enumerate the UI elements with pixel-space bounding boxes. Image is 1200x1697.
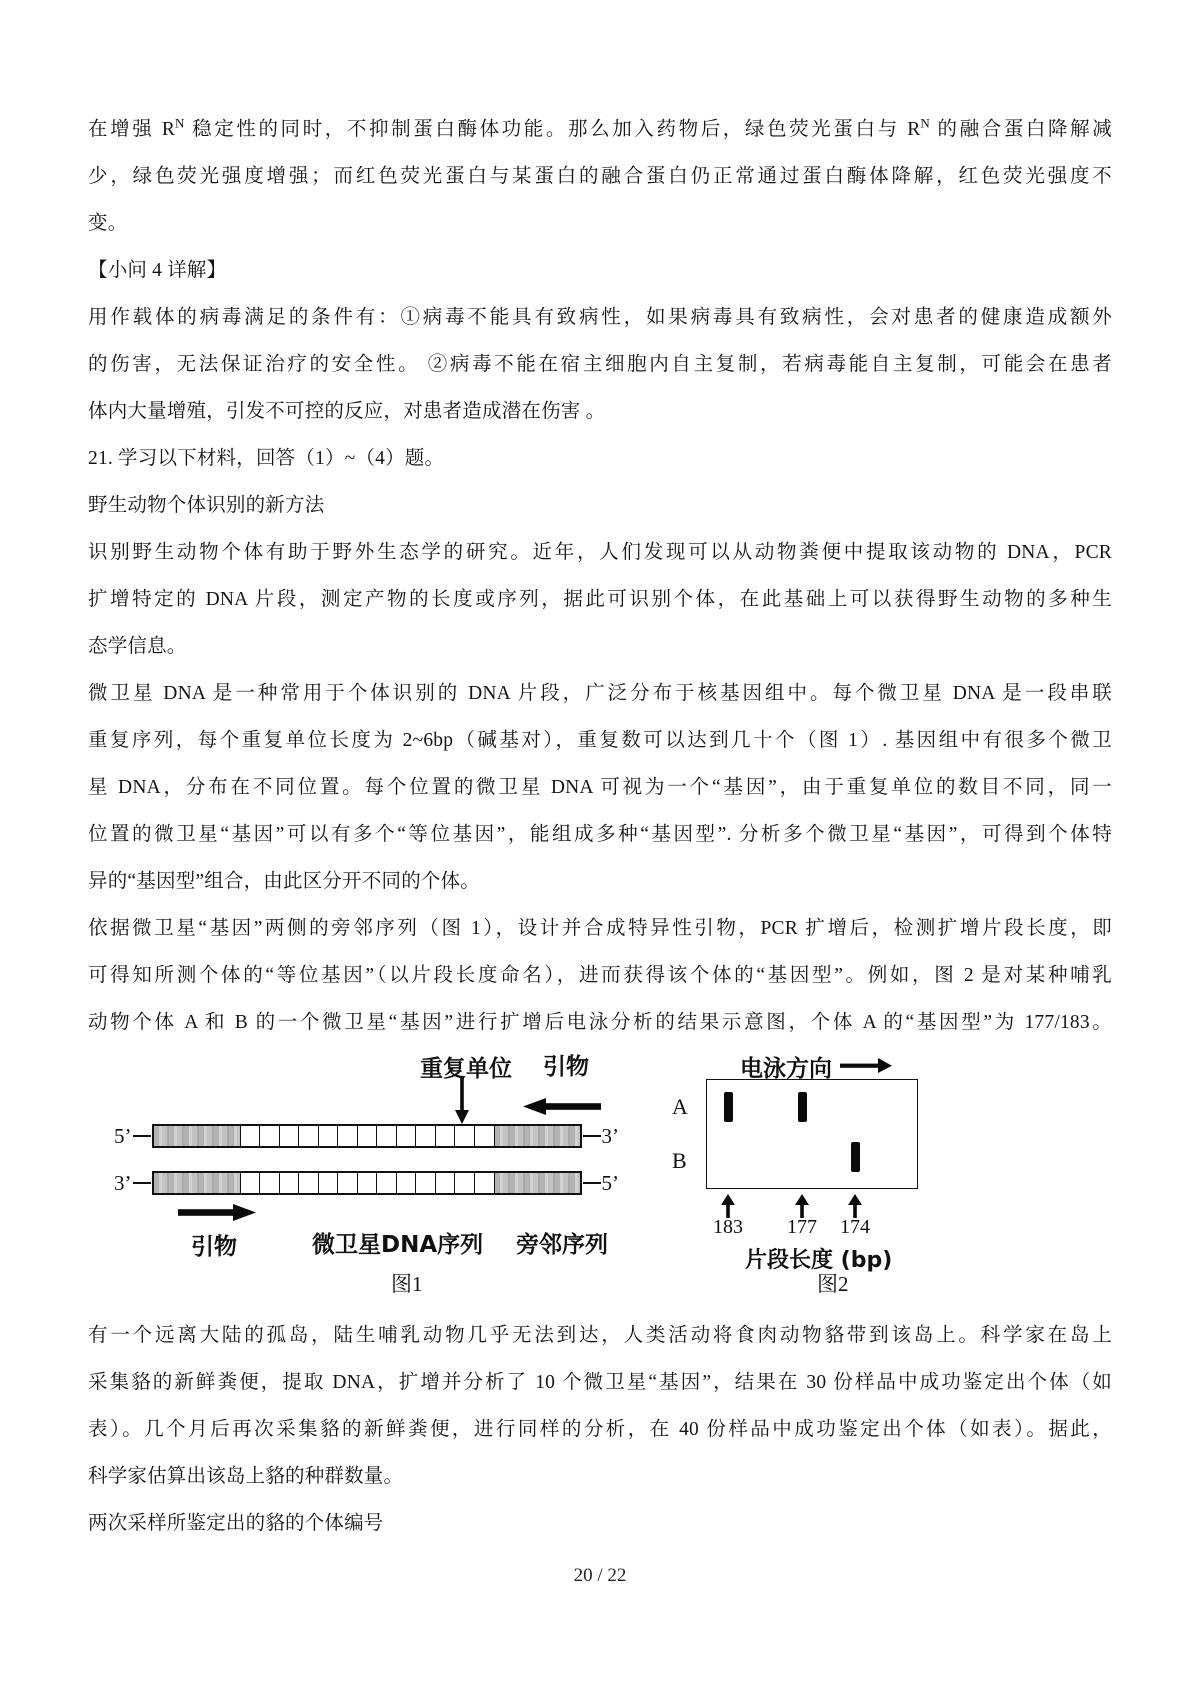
text-line: 21. 学习以下材料，回答（1）~（4）题。 (88, 435, 1112, 482)
body-text: 在增强 RN 稳定性的同时，不抑制蛋白酶体功能。那么加入药物后，绿色荧光蛋白与 … (88, 106, 1112, 1046)
text-line: 体内大量增殖，引发不可控的反应，对患者造成潜在伤害 。 (88, 388, 1112, 435)
repeat-unit-cell (435, 1173, 455, 1193)
text-line: 采集貉的新鲜粪便，提取 DNA，扩增并分析了 10 个微卫星“基因”，结果在 3… (88, 1359, 1112, 1406)
repeat-unit-cell (376, 1173, 396, 1193)
repeat-unit-cell (298, 1126, 318, 1146)
primer-arrow-right-icon (178, 1204, 256, 1221)
text-line: 科学家估算出该岛上貉的种群数量。 (88, 1453, 1112, 1500)
primer-label-bottom: 引物 (191, 1228, 237, 1261)
text-line: 微卫星 DNA 是一种常用于个体识别的 DNA 片段，广泛分布于核基因组中。每个… (88, 670, 1112, 717)
repeat-unit-cell (454, 1173, 474, 1193)
primer-arrow-left-icon (523, 1098, 601, 1115)
tick-up-arrow-icon (794, 1194, 810, 1218)
text-line: 识别野生动物个体有助于野外生态学的研究。近年，人们发现可以从动物粪便中提取该动物… (88, 529, 1112, 576)
text-line: 少，绿色荧光强度增强；而红色荧光蛋白与某蛋白的融合蛋白仍正常通过蛋白酶体降解，红… (88, 153, 1112, 200)
flanking-region-right (494, 1126, 580, 1146)
text-line: 态学信息。 (88, 623, 1112, 670)
text-line: 野生动物个体识别的新方法 (88, 482, 1112, 529)
repeat-unit-cell (318, 1173, 338, 1193)
strand-bottom-right-end: 5’ (602, 1171, 620, 1196)
strand-top-box (152, 1124, 582, 1148)
text-line: 【小问 4 详解】 (88, 247, 1112, 294)
strand-top-left-end: 5’ (114, 1124, 132, 1149)
repeat-unit-cell (337, 1173, 357, 1193)
repeat-unit-cell (318, 1126, 338, 1146)
repeat-unit-cell (279, 1173, 299, 1193)
dna-strand-top: 5’ 3’ (114, 1123, 619, 1149)
text-line: 在增强 RN 稳定性的同时，不抑制蛋白酶体功能。那么加入药物后，绿色荧光蛋白与 … (88, 106, 1112, 153)
repeat-unit-cell (357, 1173, 377, 1193)
repeat-unit-cell (474, 1126, 494, 1146)
strand-bottom-left-end: 3’ (114, 1171, 132, 1196)
gel-band-B-174 (851, 1142, 860, 1172)
repeat-unit-cell (298, 1173, 318, 1193)
flanking-sequence-label: 旁邻序列 (516, 1226, 608, 1259)
text-line: 异的“基因型”组合，由此区分开不同的个体。 (88, 858, 1112, 905)
document-page: 在增强 RN 稳定性的同时，不抑制蛋白酶体功能。那么加入药物后，绿色荧光蛋白与 … (0, 0, 1200, 1697)
tick-up-arrow-icon (847, 1194, 863, 1218)
text-line: 用作载体的病毒满足的条件有：①病毒不能具有致病性，如果病毒具有致病性，会对患者的… (88, 294, 1112, 341)
strand-top-right-end: 3’ (602, 1124, 620, 1149)
gel-box (706, 1079, 918, 1189)
text-line: 动物个体 A 和 B 的一个微卫星“基因”进行扩增后电泳分析的结果示意图，个体 … (88, 999, 1112, 1046)
repeat-unit-cell (337, 1126, 357, 1146)
repeat-unit-cell (357, 1126, 377, 1146)
repeat-unit-cell (279, 1126, 299, 1146)
repeat-unit-cell (259, 1173, 279, 1193)
strand-line (583, 1135, 601, 1137)
lane-b-label: B (672, 1148, 687, 1174)
repeat-unit-cell (415, 1173, 435, 1193)
text-line: 表）。几个月后再次采集貉的新鲜粪便，进行同样的分析，在 40 份样品中成功鉴定出… (88, 1406, 1112, 1453)
repeat-cells-top (240, 1126, 494, 1146)
repeat-unit-cell (396, 1173, 416, 1193)
text-line: 重复序列，每个重复单位长度为 2~6bp（碱基对），重复数可以达到几十个（图 1… (88, 717, 1112, 764)
repeat-unit-cell (396, 1126, 416, 1146)
repeat-unit-cell (376, 1126, 396, 1146)
strand-bottom-box (152, 1171, 582, 1195)
repeat-unit-cell (454, 1126, 474, 1146)
repeat-unit-arrow-icon (454, 1078, 470, 1124)
page-number: 20 / 22 (88, 1563, 1112, 1589)
dna-strand-bottom: 3’ 5’ (114, 1170, 619, 1196)
text-line: 变。 (88, 200, 1112, 247)
figure-area: 重复单位 引物 5’ 3’ 3’ (88, 1046, 1112, 1298)
flanking-region-right (494, 1173, 580, 1193)
gel-band-A-183 (724, 1092, 733, 1122)
repeat-cells-bottom (240, 1173, 494, 1193)
repeat-unit-cell (474, 1173, 494, 1193)
electrophoresis-direction-arrow-icon (840, 1058, 892, 1073)
strand-line (133, 1182, 151, 1184)
repeat-unit-cell (415, 1126, 435, 1146)
text-line: 有一个远离大陆的孤岛，陆生哺乳动物几乎无法到达，人类活动将食肉动物貉带到该岛上。… (88, 1312, 1112, 1359)
figure1-caption: 图1 (391, 1268, 423, 1298)
flanking-region-left (154, 1173, 240, 1193)
repeat-unit-cell (435, 1126, 455, 1146)
text-line: 依据微卫星“基因”两侧的旁邻序列（图 1），设计并合成特异性引物，PCR 扩增后… (88, 905, 1112, 952)
gel-band-A-177 (798, 1092, 807, 1122)
primer-label-top: 引物 (543, 1048, 589, 1081)
flanking-region-left (154, 1126, 240, 1146)
lane-a-label: A (672, 1094, 688, 1120)
fragment-length-tick: 177 (787, 1216, 817, 1239)
body-text-after-figure: 有一个远离大陆的孤岛，陆生哺乳动物几乎无法到达，人类活动将食肉动物貉带到该岛上。… (88, 1312, 1112, 1547)
text-line: 星 DNA，分布在不同位置。每个位置的微卫星 DNA 可视为一个“基因”，由于重… (88, 764, 1112, 811)
strand-line (583, 1182, 601, 1184)
text-line: 两次采样所鉴定出的貉的个体编号 (88, 1500, 1112, 1547)
repeat-unit-cell (240, 1173, 260, 1193)
text-line: 位置的微卫星“基因”可以有多个“等位基因”，能组成多种“基因型”. 分析多个微卫… (88, 811, 1112, 858)
fragment-length-tick: 183 (713, 1216, 743, 1239)
strand-line (133, 1135, 151, 1137)
text-line: 可得知所测个体的“等位基因”（以片段长度命名），进而获得该个体的“基因型”。例如… (88, 952, 1112, 999)
text-line: 扩增特定的 DNA 片段，测定产物的长度或序列，据此可识别个体，在此基础上可以获… (88, 576, 1112, 623)
repeat-unit-cell (259, 1126, 279, 1146)
repeat-unit-cell (240, 1126, 260, 1146)
fragment-length-tick: 174 (840, 1216, 870, 1239)
microsatellite-sequence-label: 微卫星DNA序列 (312, 1226, 483, 1259)
tick-up-arrow-icon (720, 1194, 736, 1218)
spacer (88, 1298, 1112, 1312)
figure2-caption: 图2 (817, 1268, 849, 1298)
text-line: 的伤害，无法保证治疗的安全性。 ②病毒不能在宿主细胞内自主复制，若病毒能自主复制… (88, 341, 1112, 388)
